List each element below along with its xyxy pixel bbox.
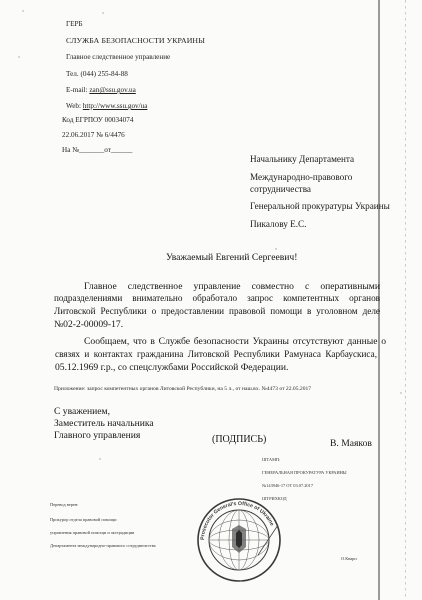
salutation: Уважаемый Евгений Сергеевич! <box>166 252 297 263</box>
closing-regards: С уважением, <box>54 406 110 417</box>
scan-speck <box>18 56 20 58</box>
scan-speck <box>99 458 101 460</box>
scan-speck <box>102 12 104 14</box>
addressee-line-4: Генеральной прокуратуры Украины <box>250 201 390 211</box>
scan-speck <box>22 10 24 12</box>
stamp-number: №143946-17 ОТ 03.07.2017 <box>262 483 313 488</box>
addressee-line-2: Международно-правового <box>250 172 352 182</box>
translator-position-3: Департамента международно-правового сотр… <box>50 543 156 548</box>
scan-speck <box>275 248 277 250</box>
department-name: Главное следственное управление <box>66 53 170 61</box>
scan-dotted-line <box>405 0 406 600</box>
paragraph-2-line-2: связях и контактах гражданина Литовской … <box>55 349 377 359</box>
paragraph-2-line-1: Сообщаем, что в Службе безопасности Укра… <box>84 336 386 347</box>
paragraph-1-line-1: Главное следственное управление совместн… <box>84 281 380 292</box>
document-page: ГЕРБ СЛУЖБА БЕЗОПАСНОСТИ УКРАИНЫ Главное… <box>0 0 422 600</box>
scan-speck <box>240 580 242 582</box>
addressee-line-1: Начальнику Департамента <box>250 154 354 164</box>
paragraph-1-line-4: №02-2-00009-17. <box>54 319 123 330</box>
translator-position-2: управления правовой помощи и экстрадиции <box>50 530 134 535</box>
paragraph-1-line-3: Литовской Республики о предоставлении пр… <box>54 306 380 316</box>
org-name: СЛУЖБА БЕЗОПАСНОСТИ УКРАИНЫ <box>66 36 205 45</box>
translation-certified: Перевод верен: <box>50 502 78 507</box>
translator-position-1: Прокурор отдела правовой помощи <box>50 517 117 522</box>
phone: Тел. (044) 255-84-88 <box>66 70 128 78</box>
registry-code: Код ЕГРПОУ 00034074 <box>62 116 133 124</box>
web-line: Web: http://www.ssu.gov/ua <box>66 102 147 110</box>
addressee-line-5: Пикалову Е.С. <box>250 219 306 229</box>
emblem-placeholder: ГЕРБ <box>66 20 83 28</box>
web-link[interactable]: http://www.ssu.gov/ua <box>83 102 148 110</box>
official-seal-icon: Prosecutor General's Office of Ukraine <box>196 497 282 583</box>
email-label: E-mail: <box>66 86 89 94</box>
paragraph-1-line-2: подразделениями внимательно обработало з… <box>54 293 380 303</box>
stamp-org: ГЕНЕРАЛЬНАЯ ПРОКУРАТУРА УКРАИНЫ <box>262 470 347 475</box>
translator-name: О.Кварп <box>341 556 357 561</box>
signer-name: В. Маяков <box>330 438 372 449</box>
email-line: E-mail: zan@ssu.gov.ua <box>66 86 136 94</box>
date-reference: 22.06.2017 № 6/4476 <box>62 131 125 139</box>
closing-position-2: Главного управления <box>54 430 140 441</box>
attachment-note: Приложение: запрос компетентных органов … <box>54 386 311 392</box>
scan-speck <box>400 392 402 394</box>
signature-placeholder: (ПОДПИСЬ) <box>212 434 266 445</box>
reply-reference: На №_______от______ <box>62 146 132 154</box>
addressee-line-3: сотрудничества <box>250 184 311 194</box>
email-link[interactable]: zan@ssu.gov.ua <box>89 86 135 94</box>
stamp-label: ШТАМП: <box>262 457 280 462</box>
paragraph-2-line-3: 05.12.1969 г.р., со спецслужбами Российс… <box>55 362 288 373</box>
closing-position-1: Заместитель начальника <box>54 418 154 429</box>
web-label: Web: <box>66 102 83 110</box>
